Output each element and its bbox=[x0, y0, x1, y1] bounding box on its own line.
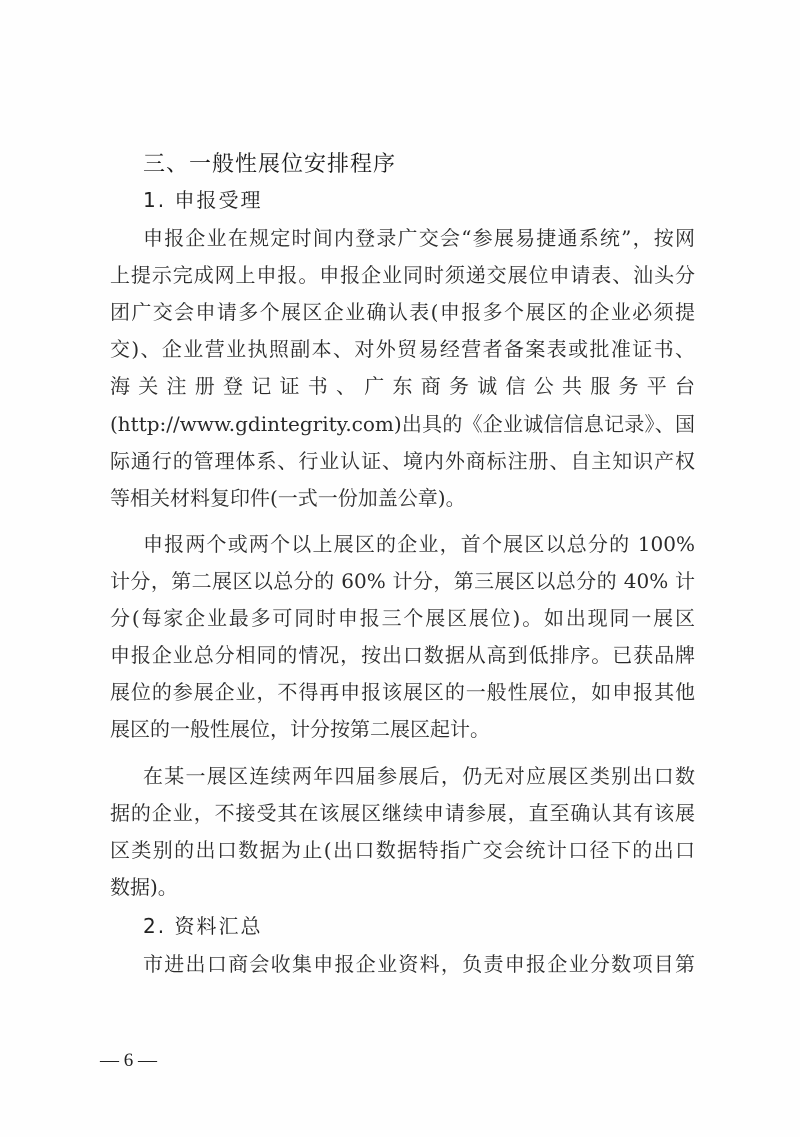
paragraph-line: 数据)。 bbox=[110, 873, 695, 901]
paragraph-line: 在某一展区连续两年四届参展后，仍无对应展区类别出口数 bbox=[143, 762, 695, 790]
paragraph-line: 展区的一般性展位，计分按第二展区起计。 bbox=[110, 715, 695, 743]
paragraph-line: 申报两个或两个以上展区的企业，首个展区以总分的 100% bbox=[143, 530, 695, 558]
section-heading: 三、一般性展位安排程序 bbox=[143, 147, 396, 178]
paragraph-line: 交)、企业营业执照副本、对外贸易经营者备案表或批准证书、 bbox=[110, 335, 695, 363]
paragraph-line: 区类别的出口数据为止(出口数据特指广交会统计口径下的出口 bbox=[110, 836, 695, 864]
paragraph-line: 分(每家企业最多可同时申报三个展区展位)。如出现同一展区 bbox=[110, 604, 695, 632]
paragraph-line: 市进出口商会收集申报企业资料，负责申报企业分数项目第 bbox=[143, 950, 695, 978]
paragraph-line: 上提示完成网上申报。申报企业同时须递交展位申请表、汕头分 bbox=[110, 261, 695, 289]
document-page: 三、一般性展位安排程序 1. 申报受理 申报企业在规定时间内登录广交会“参展易捷… bbox=[0, 0, 800, 1137]
paragraph-line: 申报企业总分相同的情况，按出口数据从高到低排序。已获品牌 bbox=[110, 641, 695, 669]
paragraph-line: 据的企业，不接受其在该展区继续申请参展，直至确认其有该展 bbox=[110, 799, 695, 827]
paragraph-line: 等相关材料复印件(一式一份加盖公章)。 bbox=[110, 484, 695, 512]
subsection-title-1: 1. 申报受理 bbox=[143, 186, 695, 214]
page-number: — 6 — bbox=[100, 1050, 157, 1072]
paragraph-line: 际通行的管理体系、行业认证、境内外商标注册、自主知识产权 bbox=[110, 447, 695, 475]
paragraph-line: 申报企业在规定时间内登录广交会“参展易捷通系统”，按网 bbox=[143, 224, 695, 252]
paragraph-line-url: (http://www.gdintegrity.com)出具的《企业诚信信息记录… bbox=[110, 410, 695, 438]
paragraph-line: 海关注册登记证书、广东商务诚信公共服务平台 bbox=[110, 372, 695, 400]
paragraph-line: 展位的参展企业，不得再申报该展区的一般性展位，如申报其他 bbox=[110, 678, 695, 706]
paragraph-line: 计分，第二展区以总分的 60% 计分，第三展区以总分的 40% 计 bbox=[110, 567, 695, 595]
subsection-title-2: 2. 资料汇总 bbox=[143, 912, 695, 940]
paragraph-line: 团广交会申请多个展区企业确认表(申报多个展区的企业必须提 bbox=[110, 298, 695, 326]
